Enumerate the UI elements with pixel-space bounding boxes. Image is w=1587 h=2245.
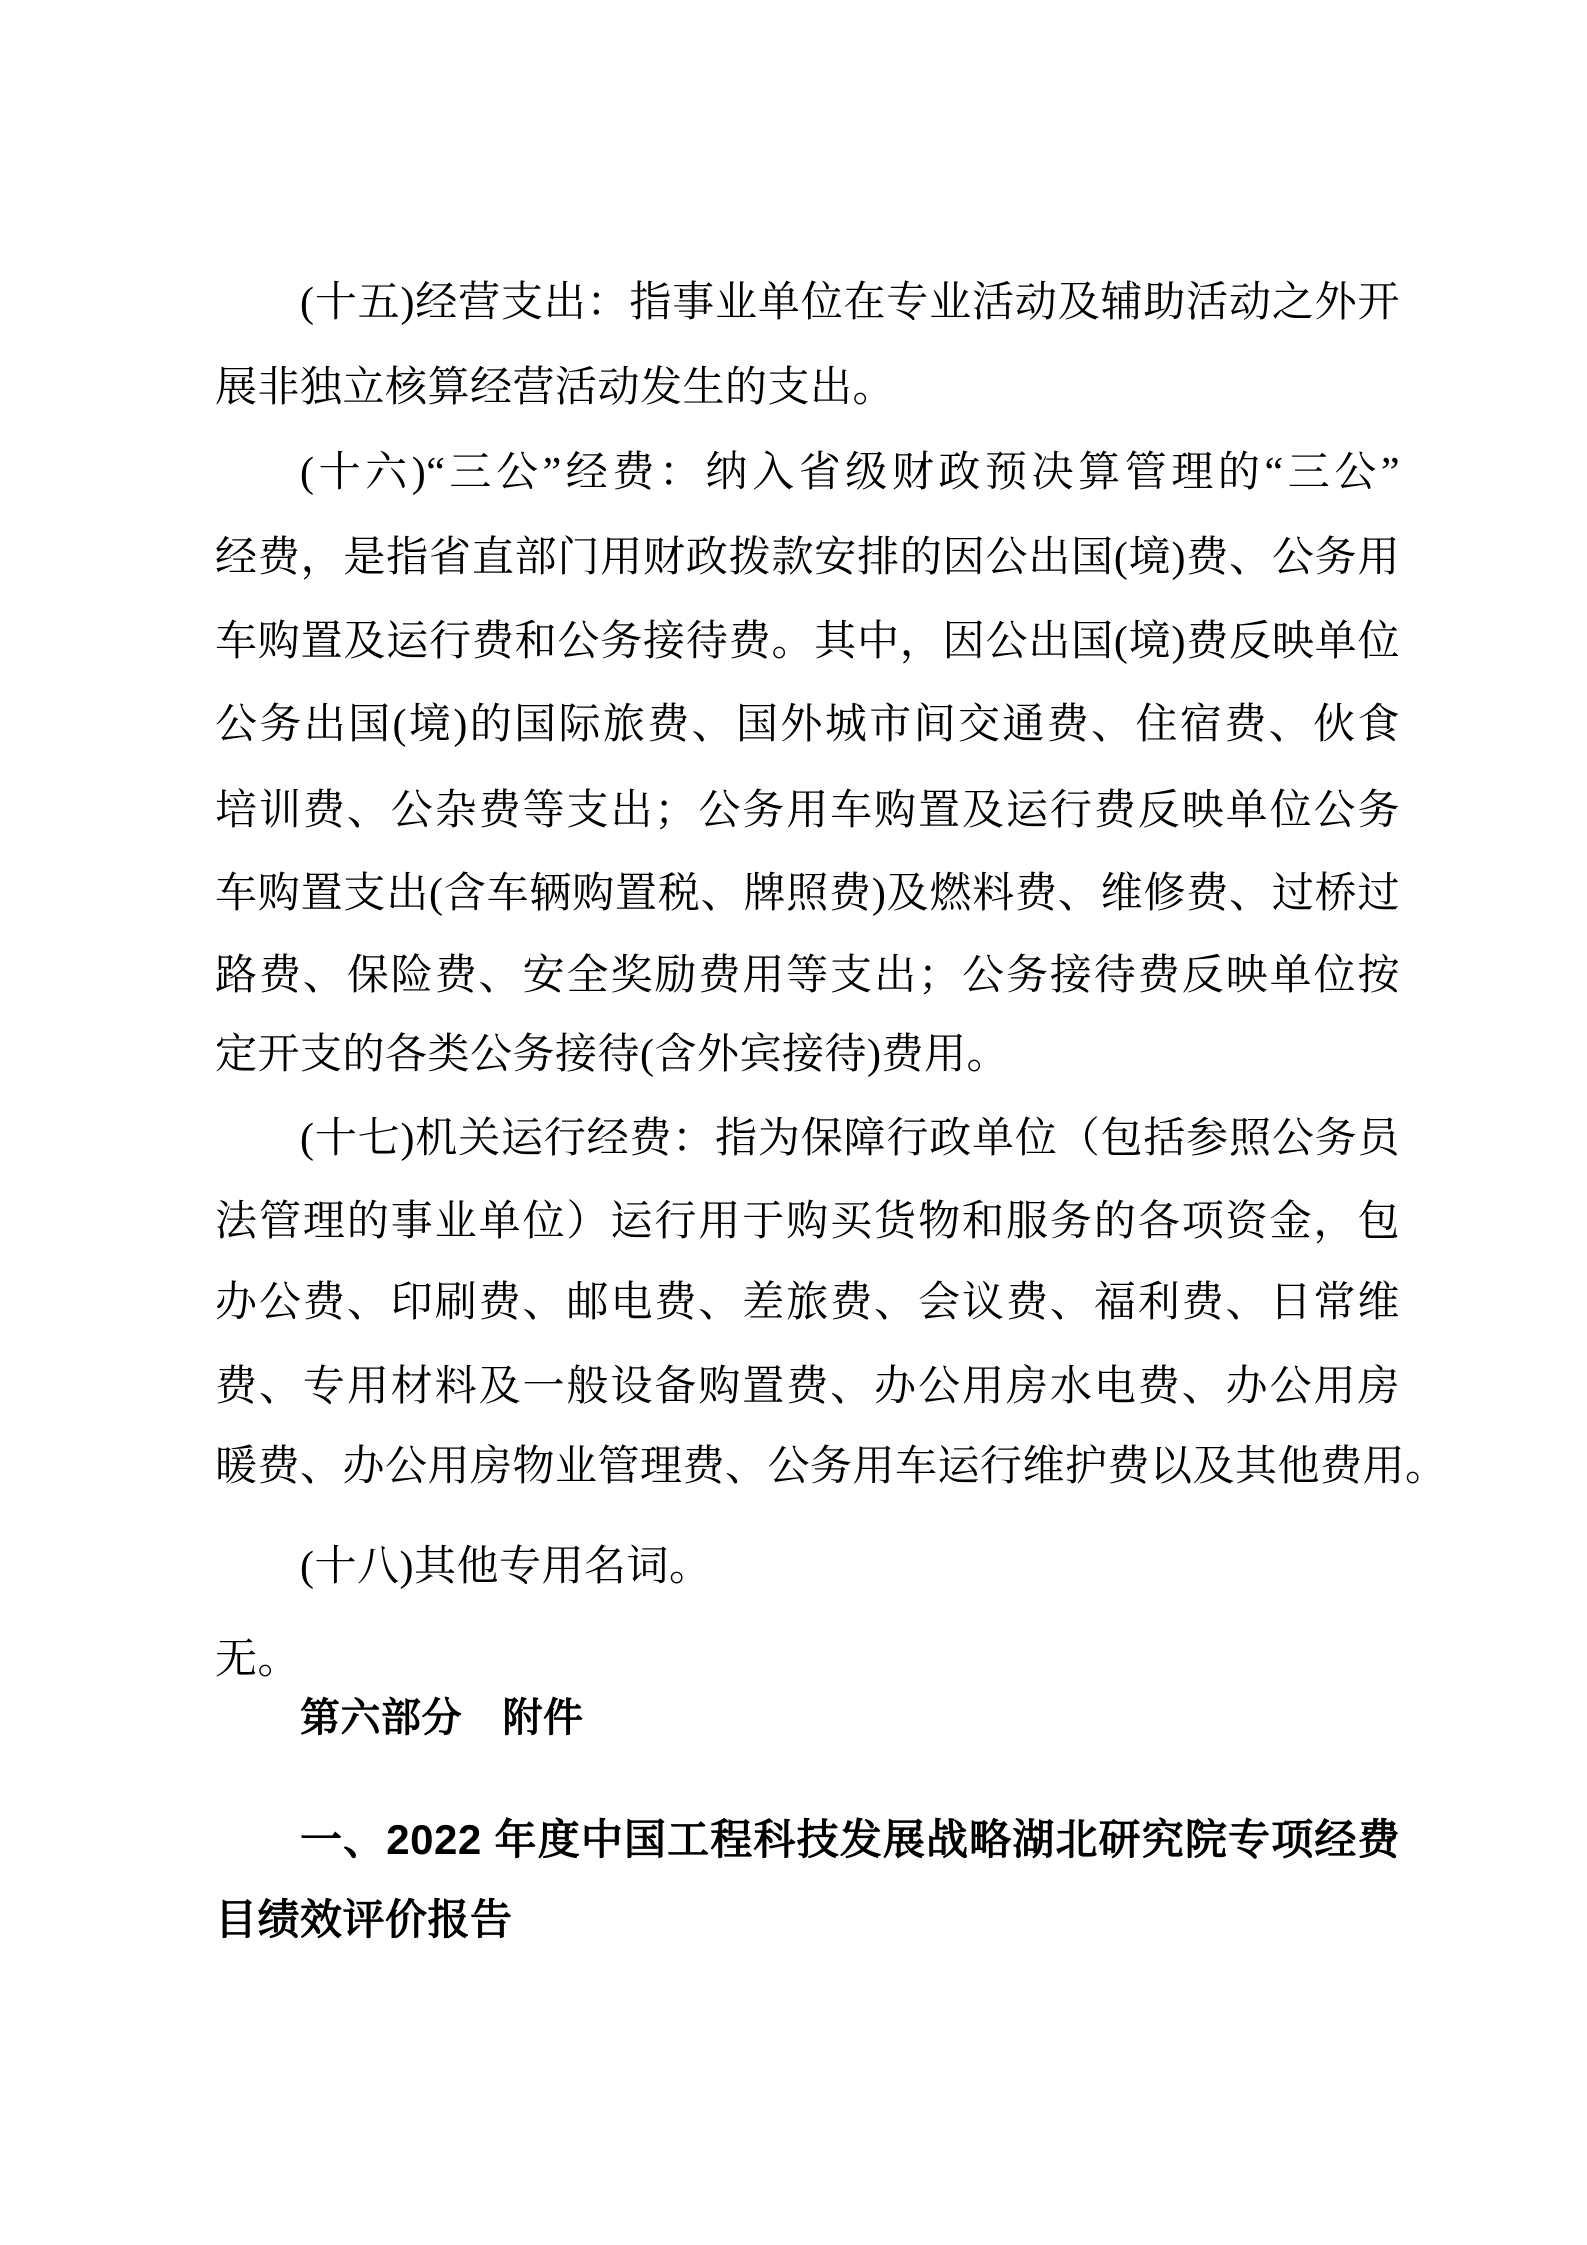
line-item17-1: (十七)机关运行经费：指为保障行政单位（包括参照公务员: [215, 1113, 1400, 1165]
line-item17-3: 办公费、印刷费、邮电费、差旅费、会议费、福利费、日常维修: [215, 1277, 1400, 1329]
heading-attachment-title-2: 目绩效评价报告: [215, 1894, 1400, 1946]
line-item16-6: 车购置支出(含车辆购置税、牌照费)及燃料费、维修费、过桥过: [215, 868, 1400, 920]
line-item16-3: 车购置及运行费和公务接待费。其中，因公出国(境)费反映单位: [215, 616, 1400, 668]
line-item17-2: 法管理的事业单位）运行用于购买货物和服务的各项资金，包括: [215, 1196, 1400, 1248]
document-page: (十五)经营支出：指事业单位在专业活动及辅助活动之外开 展非独立核算经营活动发生…: [0, 0, 1587, 2245]
line-item16-4: 公务出国(境)的国际旅费、国外城市间交通费、住宿费、伙食费、: [215, 699, 1400, 751]
line-item17-5: 暖费、办公用房物业管理费、公务用车运行维护费以及其他费用。: [215, 1441, 1400, 1493]
line-none: 无。: [215, 1634, 1400, 1686]
line-item17-4: 费、专用材料及一般设备购置费、办公用房水电费、办公用房取: [215, 1361, 1400, 1413]
line-item16-5: 培训费、公杂费等支出；公务用车购置及运行费反映单位公务用: [215, 785, 1400, 837]
line-item18-1: (十八)其他专用名词。: [215, 1541, 1400, 1593]
line-item16-7: 路费、保险费、安全奖励费用等支出；公务接待费反映单位按规: [215, 950, 1400, 1002]
line-item16-2: 经费，是指省直部门用财政拨款安排的因公出国(境)费、公务用: [215, 532, 1400, 584]
heading-attachment-title-1: 一、2022 年度中国工程科技发展战略湖北研究院专项经费项: [215, 1814, 1400, 1866]
heading-part6: 第六部分 附件: [215, 1692, 1400, 1744]
line-item16-8: 定开支的各类公务接待(含外宾接待)费用。: [215, 1029, 1400, 1081]
line-item15-2: 展非独立核算经营活动发生的支出。: [215, 362, 1400, 414]
line-item15-1: (十五)经营支出：指事业单位在专业活动及辅助活动之外开: [215, 277, 1400, 329]
line-item16-1: (十六)“三公”经费：纳入省级财政预决算管理的“三公”: [215, 447, 1400, 499]
